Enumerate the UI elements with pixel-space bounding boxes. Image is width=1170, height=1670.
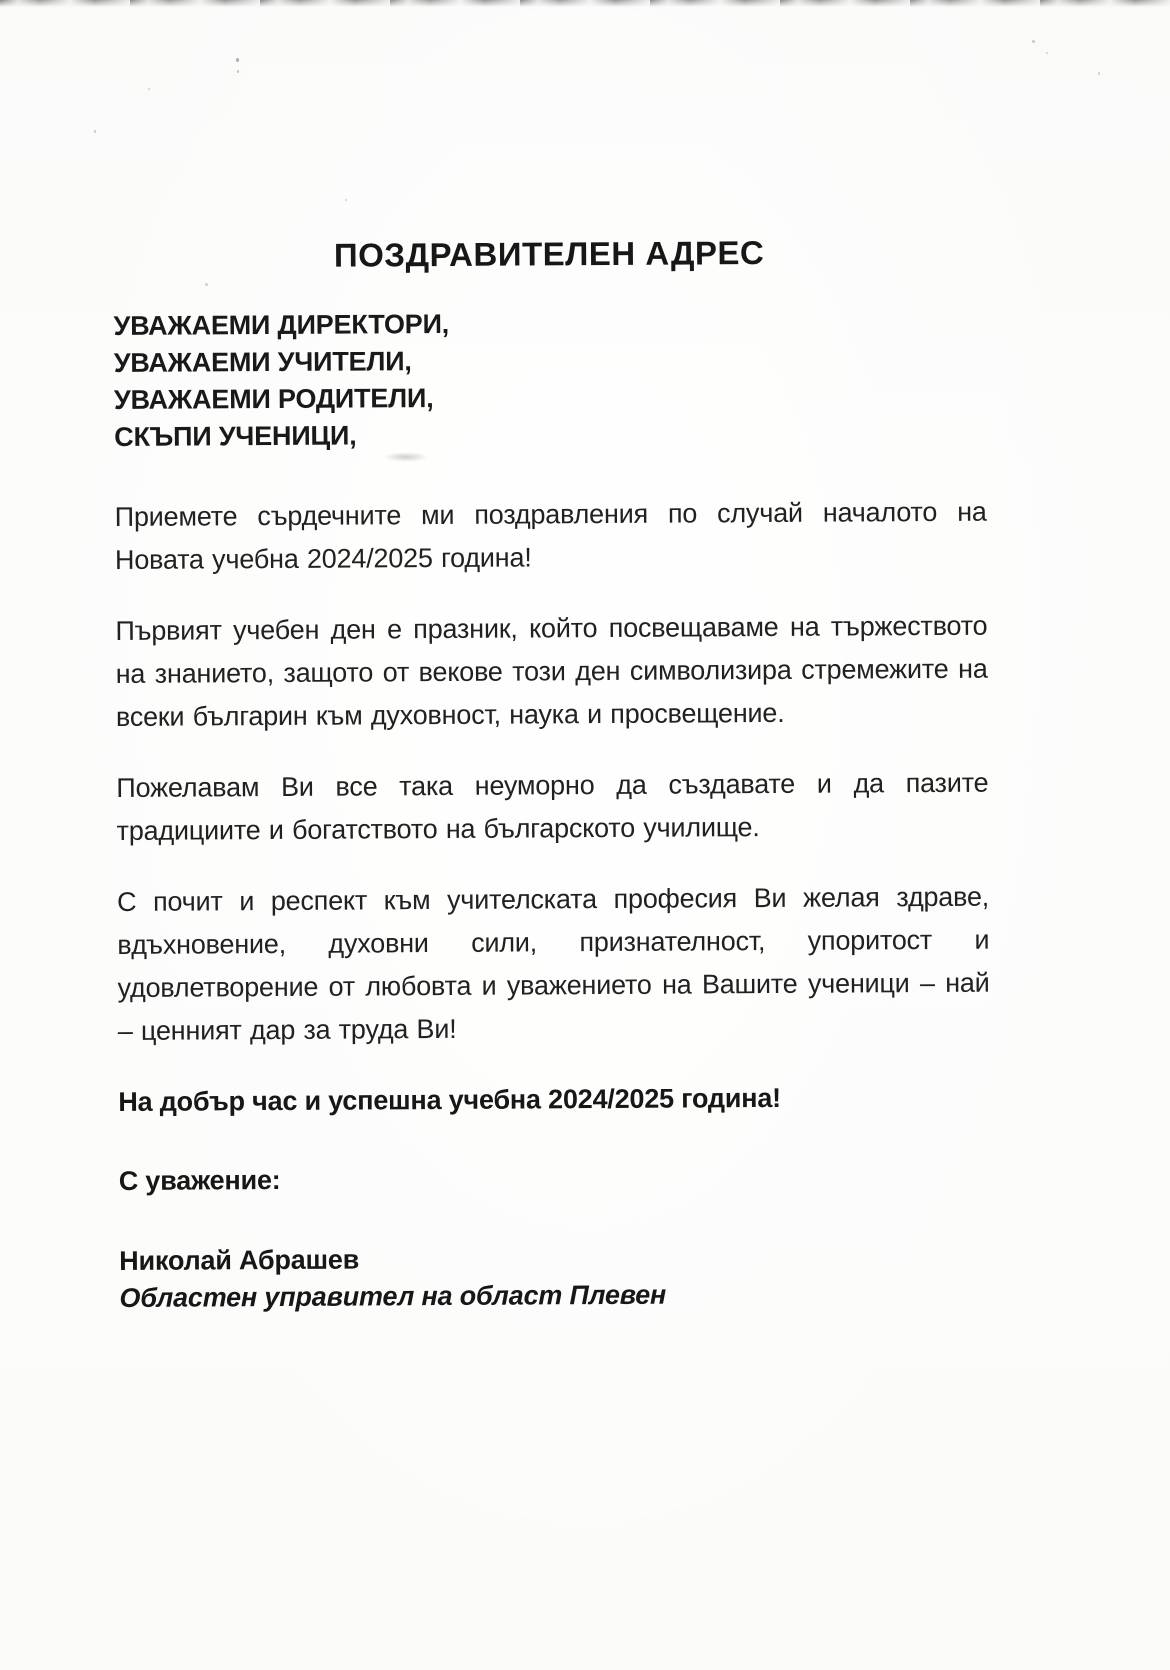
paragraph-respect: С почит и респект към учителската профес…: [117, 876, 990, 1053]
closing-line: На добър час и успешна учебна 2024/2025 …: [118, 1076, 990, 1124]
salutation-students: СКЪПИ УЧЕНИЦИ,: [114, 414, 986, 456]
signer-title: Областен управител на област Плевен: [119, 1275, 991, 1317]
scan-speck: [1098, 72, 1100, 75]
paragraph-wish: Пожелавам Ви все така неуморно да създав…: [116, 762, 989, 853]
scan-speck: [148, 88, 150, 90]
salutation-directors: УВАЖАЕМИ ДИРЕКТОРИ,: [113, 303, 985, 345]
paragraph-first-day: Първият учебен ден е празник, който посв…: [115, 605, 988, 739]
signer-name: Николай Абрашев: [119, 1238, 991, 1280]
page-title: ПОЗДРАВИТЕЛЕН АДРЕС: [113, 233, 985, 276]
scan-speck: [237, 70, 239, 73]
scan-artifact-top-edge: [0, 0, 1170, 7]
scan-speck: [94, 130, 96, 133]
scan-speck: [1032, 40, 1035, 43]
signature-block: Николай Абрашев Областен управител на об…: [119, 1238, 991, 1317]
salutation-parents: УВАЖАЕМИ РОДИТЕЛИ,: [114, 377, 986, 419]
scan-speck: [1046, 52, 1048, 54]
scan-speck: [236, 58, 239, 62]
scanned-letter-page: ПОЗДРАВИТЕЛЕН АДРЕС УВАЖАЕМИ ДИРЕКТОРИ, …: [0, 0, 1170, 1670]
salutation-teachers: УВАЖАЕМИ УЧИТЕЛИ,: [114, 340, 986, 382]
scan-speck: [345, 199, 347, 201]
letter-content: ПОЗДРАВИТЕЛЕН АДРЕС УВАЖАЕМИ ДИРЕКТОРИ, …: [113, 233, 992, 1317]
paragraph-greeting: Приемете сърдечните ми поздравления по с…: [115, 491, 988, 582]
valediction: С уважение:: [119, 1161, 991, 1197]
salutation-block: УВАЖАЕМИ ДИРЕКТОРИ, УВАЖАЕМИ УЧИТЕЛИ, УВ…: [113, 303, 986, 456]
